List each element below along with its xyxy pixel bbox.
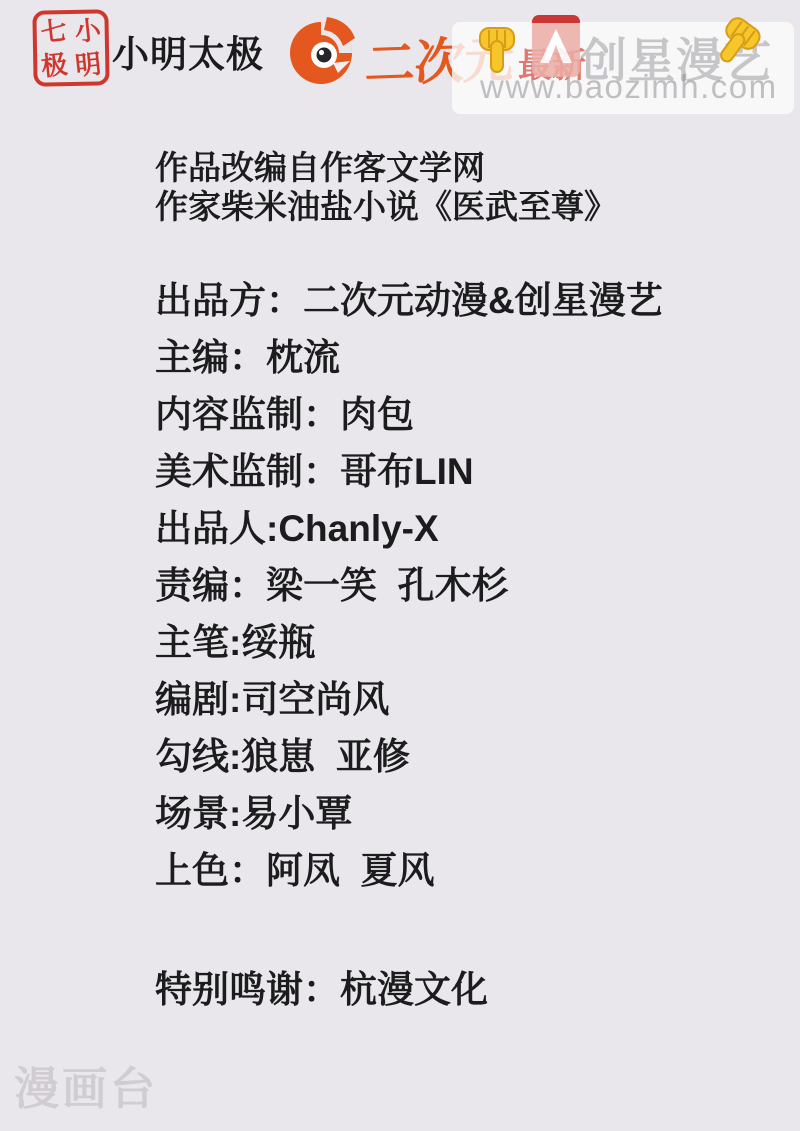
seal-char-top-left: 七 (39, 17, 68, 46)
credit-producer: 出品方：二次元动漫&创星漫艺 (155, 272, 785, 329)
manhuatai-watermark: 漫画台 (14, 1052, 158, 1117)
credit-content-supervisor: 内容监制：肉包 (155, 386, 785, 443)
seal-char-top-right: 小 (73, 16, 102, 45)
credit-lineart: 勾线:狼崽 亚修 (155, 728, 785, 785)
credit-coloring: 上色：阿凤 夏风 (155, 842, 785, 899)
studio-name: 小明太极 (112, 24, 264, 78)
adaptation-line-1: 作品改编自作客文学网 (155, 148, 785, 187)
seal-char-bottom-right: 明 (74, 50, 103, 79)
special-thanks: 特别鸣谢：杭漫文化 (155, 959, 785, 1013)
credits-page-content: 作品改编自作客文学网 作家柴米油盐小说《医武至尊》 出品方：二次元动漫&创星漫艺… (155, 148, 785, 1013)
credit-background: 场景:易小覃 (155, 785, 785, 842)
seal-char-bottom-left: 极 (40, 51, 69, 80)
credit-screenwriter: 编剧:司空尚风 (155, 671, 785, 728)
erciyuan-mascot-icon (286, 14, 360, 93)
pointing-finger-down-icon (476, 26, 518, 79)
adaptation-note: 作品改编自作客文学网 作家柴米油盐小说《医武至尊》 (155, 148, 785, 226)
credit-publisher: 出品人:Chanly-X (155, 500, 785, 557)
credits-list: 出品方：二次元动漫&创星漫艺 主编：枕流 内容监制：肉包 美术监制：哥布LIN … (155, 272, 785, 899)
credit-lead-artist: 主笔:绥瓶 (155, 614, 785, 671)
watermark-overlay: 创星漫艺 最新 www.baozimh.com (452, 22, 794, 114)
credit-art-supervisor: 美术监制：哥布LIN (155, 443, 785, 500)
credit-chief-editor: 主编：枕流 (155, 329, 785, 386)
app-icon-top-bar (532, 15, 580, 23)
publisher-seal-stamp: 七 小 极 明 (32, 9, 109, 86)
baozimh-app-icon (532, 15, 580, 77)
credit-editor: 责编：梁一笑 孔木杉 (155, 557, 785, 614)
adaptation-line-2: 作家柴米油盐小说《医武至尊》 (155, 187, 785, 226)
